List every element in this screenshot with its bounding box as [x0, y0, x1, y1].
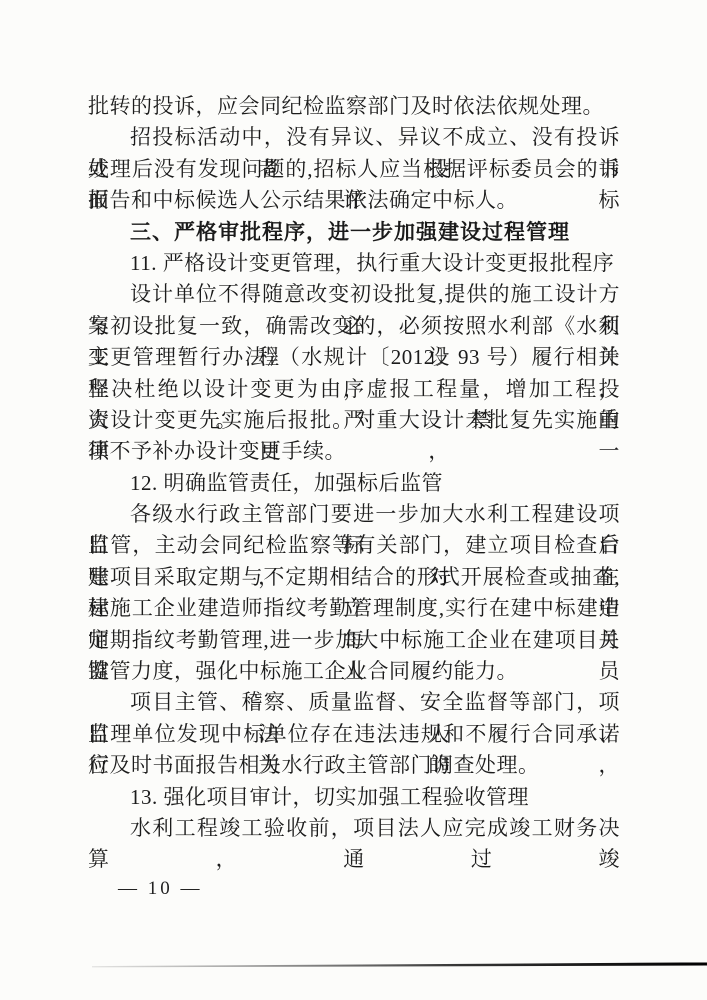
- text-line: 标施工企业建造师指纹考勤管理制度,实行在建中标建造师每月: [88, 593, 620, 624]
- text-line: 水利工程竣工验收前，项目法人应完成竣工财务决算，通过竣: [88, 813, 620, 844]
- text-line: 监管，主动会同纪检监察等有关部门，建立项目检查台账，对在: [88, 530, 620, 561]
- text-line: 批转的投诉，应会同纪检监察部门及时依法依规处理。: [88, 91, 620, 122]
- text-line: 13. 强化项目审计，切实加强工程验收管理: [88, 782, 620, 813]
- text-line: 招投标活动中，没有异议、异议不成立、没有投诉或者投诉: [88, 122, 620, 153]
- section-heading-line: 三、严格审批程序，进一步加强建设过程管理: [88, 217, 620, 248]
- text-line: 12. 明确监管责任，加强标后监管: [88, 468, 620, 499]
- text-line: 设计单位不得随意改变初设批复,提供的施工设计方案必须: [88, 279, 620, 310]
- text-line: 各级水行政主管部门要进一步加大水利工程建设项目标后: [88, 499, 620, 530]
- document-page: 批转的投诉，应会同纪检监察部门及时依法依规处理。招投标活动中，没有异议、异议不成…: [0, 0, 707, 1000]
- text-line: 与初设批复一致，确需改变的，必须按照水利部《水利工程设计: [88, 311, 620, 342]
- text-line: 监理单位发现中标单位存在违法违规和不履行合同承诺行为的，: [88, 719, 620, 750]
- text-line: 定期指纹考勤管理,进一步加大中标施工企业在建项目关键人员: [88, 625, 620, 656]
- text-line: 11. 严格设计变更管理，执行重大设计变更报批程序: [88, 248, 620, 279]
- scan-artifact-line: [92, 962, 707, 967]
- document-body: 批转的投诉，应会同纪检监察部门及时依法依规处理。招投标活动中，没有异议、异议不成…: [88, 91, 620, 844]
- text-line: 坚决杜绝以设计变更为由，虚报工程量，增加工程投资。严禁重: [88, 374, 620, 405]
- text-line: 建项目采取定期与不定期相结合的形式开展检查或抽查,建立中: [88, 562, 620, 593]
- text-line: 大设计变更先实施后报批。对重大设计未批复先实施的项目，一: [88, 405, 620, 436]
- text-line: 变更管理暂行办法》（水规计〔2012〕93 号）履行相关程序，: [88, 342, 620, 373]
- text-line: 处理后没有发现问题的,招标人应当根据评标委员会的书面评标: [88, 154, 620, 185]
- text-line: 项目主管、稽察、质量监督、安全监督等部门，项目法人、: [88, 687, 620, 718]
- page-number: — 10 —: [118, 878, 203, 900]
